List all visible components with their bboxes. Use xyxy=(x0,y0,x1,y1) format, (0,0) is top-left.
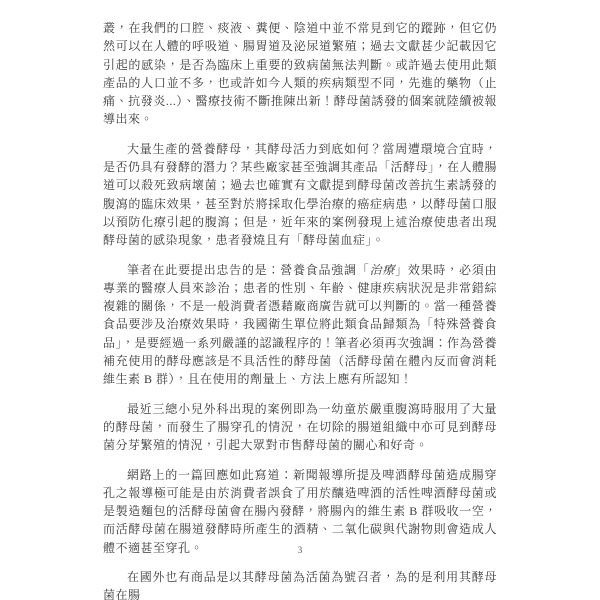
text-block: 叢，在我們的口腔、痰液、糞便、陰道中並不常見到它的蹤跡，但它仍然可以在人體的呼吸… xyxy=(103,19,497,600)
paragraph-hospital-case: 最近三總小兒外科出現的案例即為一幼童於嚴重腹瀉時服用了大量的酵母菌，而發生了腸穿… xyxy=(103,400,497,455)
emphasized-term: 治療 xyxy=(370,263,396,277)
document-page: 叢，在我們的口腔、痰液、糞便、陰道中並不常見到它的蹤跡，但它仍然可以在人體的呼吸… xyxy=(0,0,600,600)
paragraph-text-before: 筆者在此要提出忠告的是：營養食品強調「 xyxy=(127,263,370,277)
paragraph-foreign-products: 在國外也有商品是以其酵母菌為活菌為號召者，為的是利用其酵母菌在腸 xyxy=(103,568,497,600)
paragraph-author-warning: 筆者在此要提出忠告的是：營養食品強調「治療」效果時，必須由專業的醫療人員來診治；… xyxy=(103,261,497,389)
paragraph-nutritional-yeast: 大量生產的營養酵母，其酵母活力到底如何？當周遭環境合宜時，是否仍具有發酵的潛力？… xyxy=(103,140,497,250)
paragraph-text-after: 」效果時，必須由專業的醫療人員來診治；患者的性別、年齡、健康疾病狀況是非常錯綜複… xyxy=(103,263,497,387)
page-number: 3 xyxy=(0,545,600,555)
paragraph-continuation: 叢，在我們的口腔、痰液、糞便、陰道中並不常見到它的蹤跡，但它仍然可以在人體的呼吸… xyxy=(103,19,497,129)
paragraph-online-response: 網路上的一篇回應如此寫道：新聞報導所提及啤酒酵母菌造成腸穿孔之報導極可能是由於消… xyxy=(103,466,497,557)
